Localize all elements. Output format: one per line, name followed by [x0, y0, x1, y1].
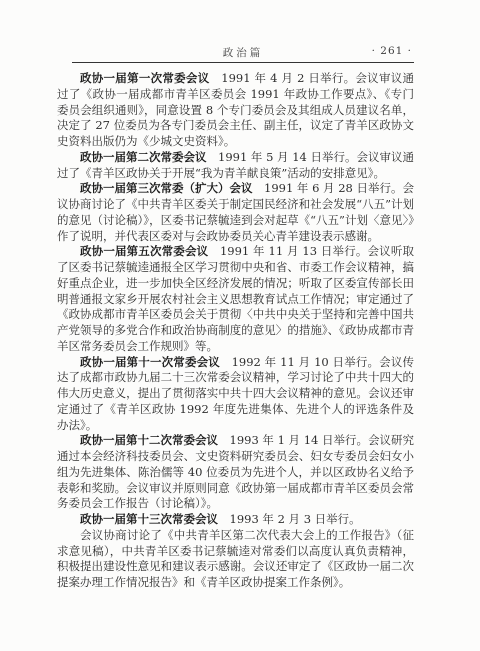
meeting-title: 政协一届第十二次常委会议: [80, 433, 218, 447]
book-page: 政治篇 · 261 · 政协一届第一次常委会议 1991 年 4 月 2 日举行…: [0, 0, 480, 651]
paragraph: 政协一届第三次常委（扩大）会议 1991 年 6 月 28 日举行。会议协商讨论…: [57, 181, 414, 244]
running-head: 政治篇 · 261 ·: [72, 45, 414, 61]
meeting-title: 政协一届第五次常委会议: [80, 244, 208, 258]
paragraph: 政协一届第一次常委会议 1991 年 4 月 2 日举行。会议审议通过了《政协一…: [57, 71, 414, 150]
section-title: 政治篇: [72, 45, 414, 60]
page-number: · 261 ·: [372, 45, 412, 57]
paragraph: 会议协商讨论了《中共青羊区第二次代表大会上的工作报告》（征求意见稿），中共青羊区…: [57, 528, 414, 591]
meeting-title: 政协一届第十三次常委会议: [80, 512, 218, 526]
paragraph: 政协一届第五次常委会议 1991 年 11 月 13 日举行。会议听取了区委书记…: [57, 244, 414, 354]
paragraph: 政协一届第十二次常委会议 1993 年 1 月 14 日举行。会议研究通过本会经…: [57, 433, 414, 512]
meeting-title: 政协一届第三次常委（扩大）会议: [80, 181, 253, 195]
paragraph: 政协一届第十一次常委会议 1992 年 11 月 10 日举行。会议传达了成都市…: [57, 355, 414, 434]
paragraph-text: 1993 年 2 月 3 日举行。: [218, 512, 361, 526]
header-rule: [72, 62, 414, 63]
meeting-title: 政协一届第十一次常委会议: [80, 355, 220, 369]
meeting-title: 政协一届第一次常委会议: [80, 71, 209, 85]
paragraph: 政协一届第二次常委会议 1991 年 5 月 14 日举行。会议审议通过了《青羊…: [57, 150, 414, 182]
paragraph-text: 会议协商讨论了《中共青羊区第二次代表大会上的工作报告》（征求意见稿），中共青羊区…: [57, 528, 414, 589]
page-content: 政协一届第一次常委会议 1991 年 4 月 2 日举行。会议审议通过了《政协一…: [57, 71, 414, 591]
meeting-title: 政协一届第二次常委会议: [80, 150, 207, 164]
paragraph: 政协一届第十三次常委会议 1993 年 2 月 3 日举行。: [57, 512, 414, 528]
paragraph-text: 1991 年 11 月 13 日举行。会议听取了区委书记蔡毓逵通报全区学习贯彻中…: [57, 244, 414, 353]
